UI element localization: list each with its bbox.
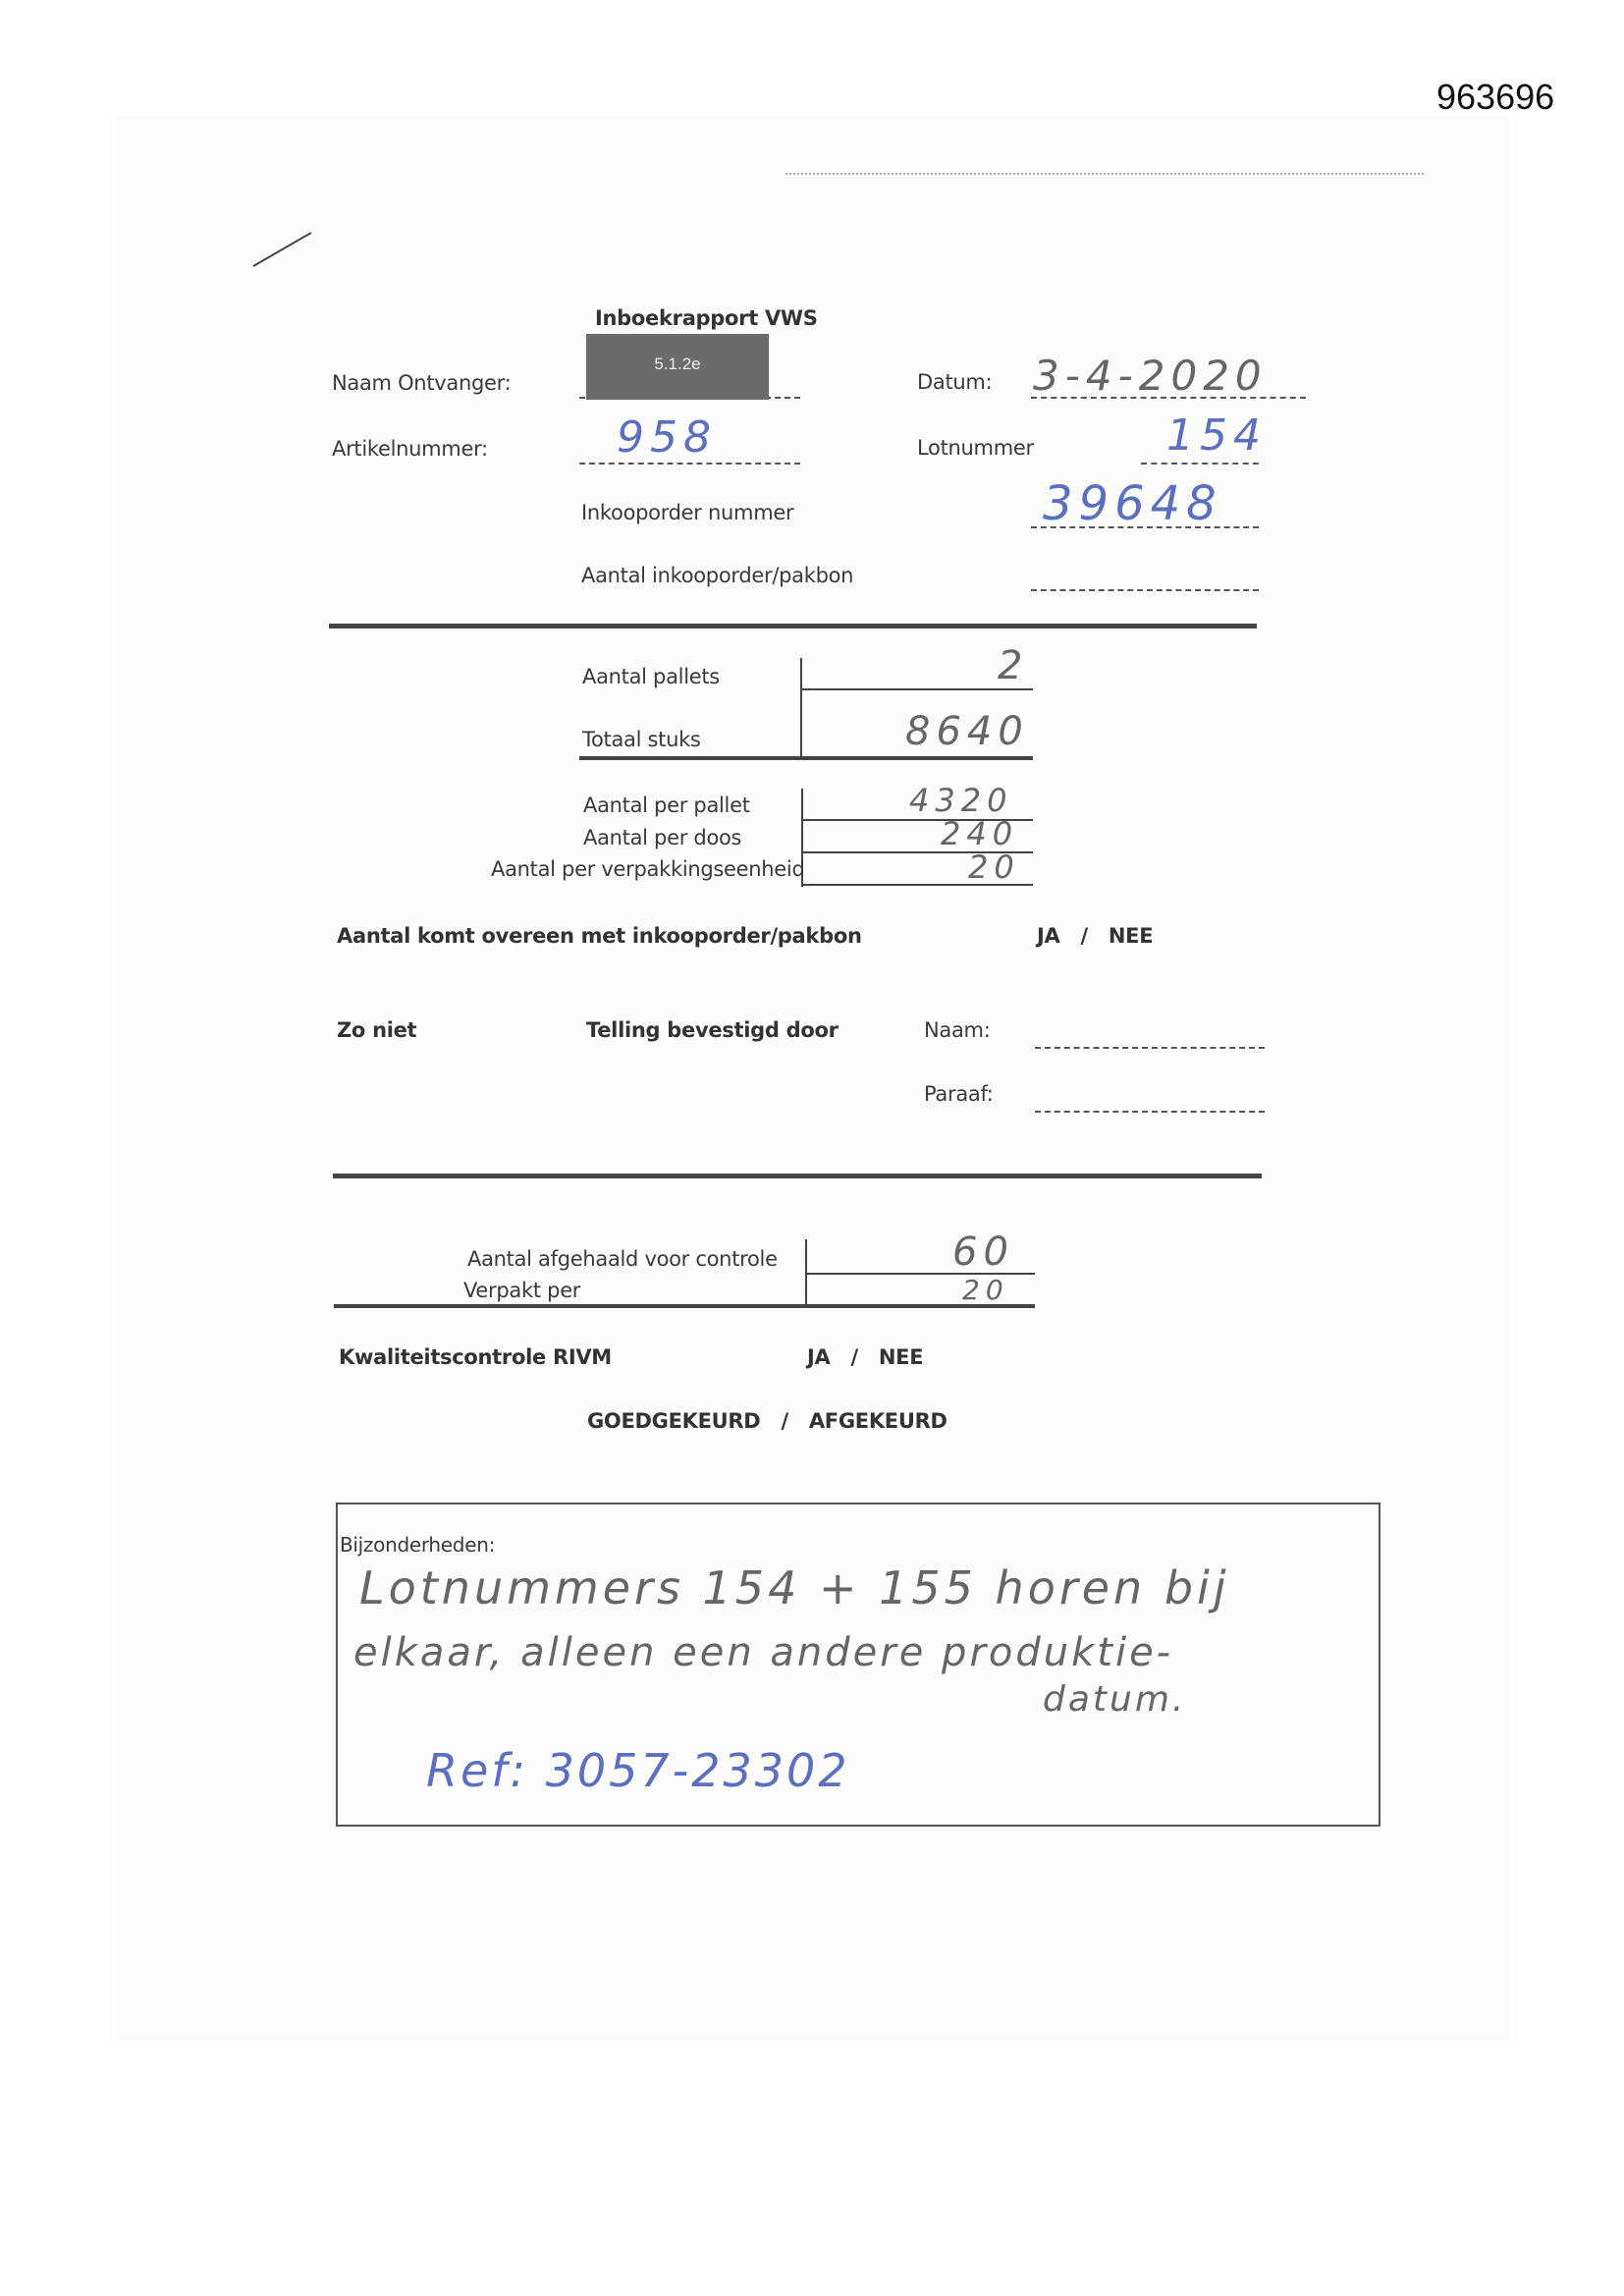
naam-label: Naam: — [924, 1018, 990, 1042]
verpakt-per-value[interactable]: 20 — [962, 1274, 1009, 1306]
redaction-box: 5.1.2e — [586, 334, 769, 400]
remarks-ref: Ref: 3057-23302 — [426, 1744, 850, 1797]
form-title: Inboekrapport VWS — [595, 306, 818, 330]
section-divider — [329, 624, 1257, 629]
verpakt-per-label: Verpakt per — [463, 1279, 580, 1302]
per-pallet-value[interactable]: 4320 — [909, 782, 1012, 819]
aantal-inkooporder-line — [1031, 589, 1259, 591]
section-divider-2 — [333, 1174, 1262, 1178]
remarks-label: Bijzonderheden: — [340, 1533, 495, 1557]
totaal-stuks-value[interactable]: 8640 — [905, 709, 1029, 754]
document-id: 963696 — [1436, 77, 1554, 118]
paraaf-field[interactable] — [1035, 1111, 1265, 1113]
artikelnummer-value[interactable]: 958 — [617, 412, 717, 463]
kwaliteit-options[interactable]: JA / NEE — [807, 1345, 923, 1369]
aantal-inkooporder-label: Aantal inkooporder/pakbon — [581, 564, 853, 587]
artikelnummer-line — [579, 463, 800, 465]
zo-niet-label: Zo niet — [337, 1018, 416, 1042]
per-pallet-label: Aantal per pallet — [583, 793, 750, 817]
afgehaald-value[interactable]: 60 — [952, 1230, 1014, 1275]
match-options[interactable]: JA / NEE — [1037, 924, 1153, 948]
afgehaald-label: Aantal afgehaald voor controle — [467, 1247, 778, 1271]
datum-label: Datum: — [917, 370, 992, 394]
totaal-stuks-label: Totaal stuks — [582, 728, 701, 751]
remarks-line-1: Lotnummers 154 + 155 horen bij — [359, 1561, 1230, 1614]
table-divider — [800, 658, 802, 760]
totaal-line — [579, 756, 1033, 760]
datum-value[interactable]: 3-4-2020 — [1033, 352, 1268, 400]
control-line — [334, 1304, 1035, 1308]
lotnummer-line — [1141, 463, 1259, 465]
remarks-line-2: elkaar, alleen een andere produktie- — [353, 1630, 1173, 1675]
match-label: Aantal komt overeen met inkooporder/pakb… — [337, 924, 862, 948]
per-verpakkingseenheid-value[interactable]: 20 — [968, 848, 1020, 886]
inkooporder-label: Inkooporder nummer — [581, 501, 793, 524]
artikelnummer-label: Artikelnummer: — [332, 437, 488, 461]
pallets-line — [801, 688, 1033, 690]
telling-label: Telling bevestigd door — [586, 1018, 839, 1042]
lotnummer-label: Lotnummer — [917, 436, 1034, 460]
approval-options[interactable]: GOEDGEKEURD / AFGEKEURD — [587, 1409, 947, 1433]
paraaf-label: Paraaf: — [924, 1082, 994, 1106]
per-verpakkingseenheid-label: Aantal per verpakkingseenheid — [491, 857, 804, 881]
inkooporder-value[interactable]: 39648 — [1043, 476, 1222, 531]
remarks-line-3: datum. — [1043, 1679, 1186, 1720]
per-doos-label: Aantal per doos — [583, 826, 741, 849]
top-faint-line — [785, 173, 1424, 175]
naam-field[interactable] — [1035, 1047, 1265, 1049]
aantal-pallets-value[interactable]: 2 — [998, 643, 1028, 688]
lotnummer-value[interactable]: 154 — [1166, 410, 1267, 461]
per-doos-value[interactable]: 240 — [941, 815, 1018, 852]
aantal-pallets-label: Aantal pallets — [582, 665, 720, 688]
naam-ontvanger-label: Naam Ontvanger: — [332, 371, 511, 395]
kwaliteit-label: Kwaliteitscontrole RIVM — [339, 1345, 612, 1369]
